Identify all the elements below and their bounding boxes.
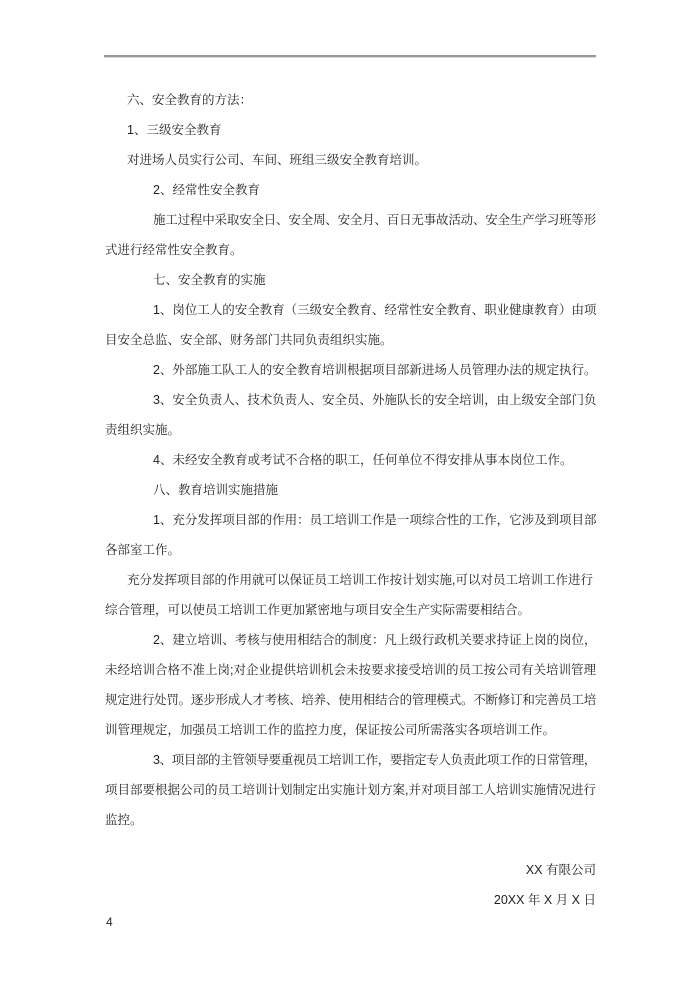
- text-line: 施工过程中采取安全日、安全周、安全月、百日无事故活动、安全生产学习班等形: [105, 205, 596, 235]
- text-line: 2、经常性安全教育: [105, 175, 596, 205]
- header-separator-rule: [104, 55, 596, 58]
- text-line: 六、安全教育的方法：: [105, 85, 596, 115]
- text-line: 八、教育培训实施措施: [105, 475, 596, 505]
- page-number: 4: [106, 914, 113, 930]
- text-line: 式进行经常性安全教育。: [105, 235, 596, 265]
- text-line: 2、外部施工队工人的安全教育培训根据项目部新进场人员管理办法的规定执行。: [105, 355, 596, 385]
- text-line: 七、安全教育的实施: [105, 265, 596, 295]
- text-line: 规定进行处罚。逐步形成人才考核、培养、使用相结合的管理模式。不断修订和完善员工培: [105, 685, 596, 715]
- text-line: 各部室工作。: [105, 535, 596, 565]
- text-line: 4、未经安全教育或考试不合格的职工，任何单位不得安排从事本岗位工作。: [105, 445, 596, 475]
- signature-date: 20XX 年 X 月 X 日: [105, 885, 596, 915]
- text-line: 充分发挥项目部的作用就可以保证员工培训工作按计划实施,可以对员工培训工作进行: [105, 565, 596, 595]
- text-line: 1、充分发挥项目部的作用：员工培训工作是一项综合性的工作，它涉及到项目部: [105, 505, 596, 535]
- text-line: 综合管理，可以使员工培训工作更加紧密地与项目安全生产实际需要相结合。: [105, 595, 596, 625]
- signature-company: XX 有限公司: [105, 855, 596, 885]
- text-line: 项目部要根据公司的员工培训计划制定出实施计划方案,并对项目部工人培训实施情况进行: [105, 775, 596, 805]
- document-body: 六、安全教育的方法：1、三级安全教育对进场人员实行公司、车间、班组三级安全教育培…: [105, 85, 596, 915]
- text-line: 1、岗位工人的安全教育（三级安全教育、经常性安全教育、职业健康教育）由项: [105, 295, 596, 325]
- text-line: 3、安全负责人、技术负责人、安全员、外施队长的安全培训，由上级安全部门负: [105, 385, 596, 415]
- text-line: 责组织实施。: [105, 415, 596, 445]
- text-line: 对进场人员实行公司、车间、班组三级安全教育培训。: [105, 145, 596, 175]
- text-line: 2、建立培训、考核与使用相结合的制度：凡上级行政机关要求持证上岗的岗位，: [105, 625, 596, 655]
- text-line: 1、三级安全教育: [105, 115, 596, 145]
- text-line: 监控。: [105, 805, 596, 835]
- text-line: 训管理规定，加强员工培训工作的监控力度，保证按公司所需落实各项培训工作。: [105, 715, 596, 745]
- paragraphs: 六、安全教育的方法：1、三级安全教育对进场人员实行公司、车间、班组三级安全教育培…: [105, 85, 596, 835]
- text-line: 3、项目部的主管领导要重视员工培训工作，要指定专人负责此项工作的日常管理，: [105, 745, 596, 775]
- text-line: 未经培训合格不准上岗;对企业提供培训机会未按要求接受培训的员工按公司有关培训管理: [105, 655, 596, 685]
- signature-block: XX 有限公司 20XX 年 X 月 X 日: [105, 855, 596, 915]
- document-page: 六、安全教育的方法：1、三级安全教育对进场人员实行公司、车间、班组三级安全教育培…: [0, 0, 700, 990]
- text-line: 目安全总监、安全部、财务部门共同负责组织实施。: [105, 325, 596, 355]
